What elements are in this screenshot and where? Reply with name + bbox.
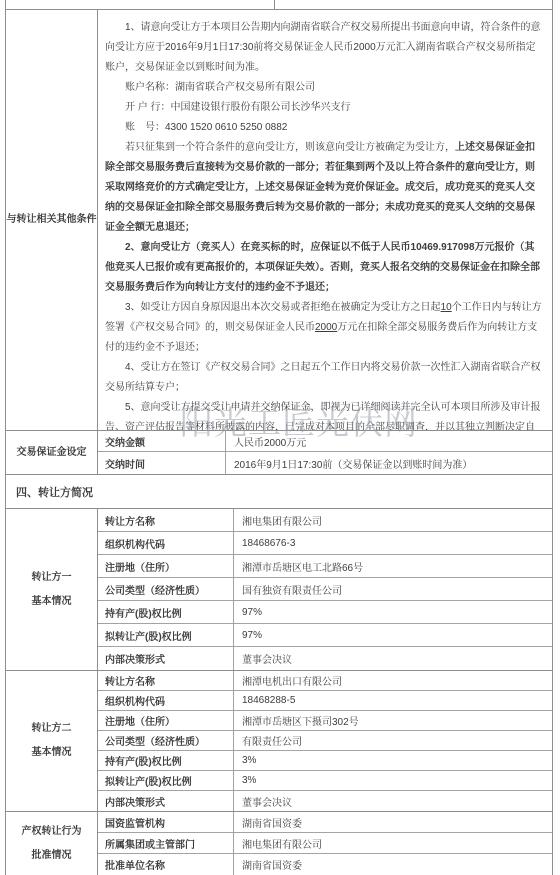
field-value: 97% — [234, 601, 552, 623]
seller1-rows: 转让方名称湘电集团有限公司组织机构代码18468676-3注册地（住所）湘潭市岳… — [98, 509, 552, 670]
field-value: 董事会决议 — [234, 647, 552, 670]
page: 阳光工匠光伏网 与转让相关其他条件 1、请意向受让方于本项目公告期内向湖南省联合… — [0, 0, 560, 875]
seller2-rows: 转让方名称湘潭电机出口有限公司组织机构代码18468288-5注册地（住所）湘潭… — [98, 671, 552, 811]
row-header-seller1: 转让方一基本情况 — [6, 509, 98, 670]
field-label: 持有产(股)权比例 — [98, 601, 234, 623]
deposit-rows: 交纳金额人民币2000万元交纳时间2016年9月1日17:30前（交易保证金以到… — [98, 431, 552, 474]
clause-run: 4、受让方在签订《产权交易合同》之日起五个工作日内将交易价款一次性汇入湖南省联合… — [105, 362, 541, 393]
clause-run: 5、意向受让方提交受让申请并交纳保证金，即视为已详细阅读并完全认可本项目所涉及审… — [105, 402, 541, 431]
field-value: 2016年9月1日17:30前（交易保证金以到账时间为准） — [226, 452, 552, 474]
field-row: 持有产(股)权比例97% — [98, 601, 552, 624]
clause: 1、请意向受让方于本项目公告期内向湖南省联合产权交易所提出书面意向申请，符合条件… — [105, 18, 542, 78]
clause: 账 号：4300 1520 0610 5250 0882 — [105, 118, 542, 138]
field-row: 公司类型（经济性质）有限责任公司 — [98, 731, 552, 751]
field-row: 组织机构代码18468676-3 — [98, 532, 552, 555]
other-conditions-row: 与转让相关其他条件 1、请意向受让方于本项目公告期内向湖南省联合产权交易所提出书… — [6, 10, 552, 431]
field-row: 内部决策形式董事会决议 — [98, 791, 552, 811]
field-row: 持有产(股)权比例3% — [98, 751, 552, 771]
row-header-line: 转让方一 — [32, 566, 72, 590]
clause-run: 上述交易保证金扣除全部交易服务费后直接转为交易价款的一部分；若征集到两个及以上符… — [105, 142, 535, 233]
row-header-deposit: 交易保证金设定 — [6, 431, 98, 474]
field-value: 3% — [234, 751, 552, 770]
other-conditions-content: 1、请意向受让方于本项目公告期内向湖南省联合产权交易所提出书面意向申请，符合条件… — [98, 10, 552, 430]
clause-run: 10 — [441, 302, 452, 313]
clause: 2、意向受让方（竞买人）在竞买标的时，应保证以不低于人民币10469.91709… — [105, 238, 542, 298]
field-label: 公司类型（经济性质） — [98, 731, 234, 750]
field-row: 国资监管机构湖南省国资委 — [98, 812, 552, 833]
field-label: 批准单位名称 — [98, 854, 234, 875]
approval-rows: 国资监管机构湖南省国资委所属集团或主管部门湘电集团有限公司批准单位名称湖南省国资… — [98, 812, 552, 875]
clause: 开 户 行：中国建设银行股份有限公司长沙华兴支行 — [105, 98, 542, 118]
row-header-line: 产权转让行为 — [22, 820, 82, 844]
row-header-line: 基本情况 — [32, 590, 72, 614]
field-label: 国资监管机构 — [98, 812, 234, 832]
announcement-table: 与转让相关其他条件 1、请意向受让方于本项目公告期内向湖南省联合产权交易所提出书… — [5, 0, 553, 875]
field-value: 湖南省国资委 — [234, 854, 552, 875]
field-value: 湘潭市岳塘区下摄司302号 — [234, 711, 552, 730]
field-label: 内部决策形式 — [98, 647, 234, 670]
field-label: 注册地（住所） — [98, 555, 234, 577]
field-label: 内部决策形式 — [98, 791, 234, 811]
clause-run: 若只征集到一个符合条件的意向受让方，则该意向受让方被确定为受让方， — [125, 142, 455, 153]
clause-run: 3、如受让方因自身原因退出本次交易或者拒绝在被确定为受让方之日起 — [125, 302, 441, 313]
row-header-other-conditions: 与转让相关其他条件 — [6, 10, 98, 430]
field-value: 18468676-3 — [234, 532, 552, 554]
partial-row-top — [6, 0, 552, 10]
field-label: 组织机构代码 — [98, 691, 234, 710]
field-value: 湘潭电机出口有限公司 — [234, 671, 552, 690]
field-row: 公司类型（经济性质）国有独资有限责任公司 — [98, 578, 552, 601]
clause-run: 账户名称：湖南省联合产权交易所有限公司 — [125, 82, 315, 93]
field-row: 注册地（住所）湘潭市岳塘区下摄司302号 — [98, 711, 552, 731]
section-title: 四、转让方简况 — [16, 484, 93, 500]
field-label: 组织机构代码 — [98, 532, 234, 554]
clause: 4、受让方在签订《产权交易合同》之日起五个工作日内将交易价款一次性汇入湖南省联合… — [105, 358, 542, 398]
field-value: 18468288-5 — [234, 691, 552, 710]
field-label: 交纳金额 — [98, 431, 226, 451]
field-label: 注册地（住所） — [98, 711, 234, 730]
field-value: 人民币2000万元 — [226, 431, 552, 451]
field-row: 交纳时间2016年9月1日17:30前（交易保证金以到账时间为准） — [98, 452, 552, 474]
field-label: 拟转让产(股)权比例 — [98, 624, 234, 646]
clause: 5、意向受让方提交受让申请并交纳保证金，即视为已详细阅读并完全认可本项目所涉及审… — [105, 398, 542, 431]
field-label: 交纳时间 — [98, 452, 226, 474]
partial-row-divider — [274, 0, 275, 9]
field-value: 湘电集团有限公司 — [234, 509, 552, 531]
field-row: 内部决策形式董事会决议 — [98, 647, 552, 670]
clause-run: 2、意向受让方（竞买人）在竞买标的时，应保证以不低于人民币10469.91709… — [105, 242, 540, 293]
row-header-seller2: 转让方二基本情况 — [6, 671, 98, 811]
field-value: 湖南省国资委 — [234, 812, 552, 832]
clause-run: 开 户 行：中国建设银行股份有限公司长沙华兴支行 — [125, 102, 351, 113]
field-label: 持有产(股)权比例 — [98, 751, 234, 770]
field-row: 所属集团或主管部门湘电集团有限公司 — [98, 833, 552, 854]
field-row: 转让方名称湘电集团有限公司 — [98, 509, 552, 532]
clause-run: 账 号：4300 1520 0610 5250 0882 — [125, 122, 287, 133]
field-row: 交纳金额人民币2000万元 — [98, 431, 552, 452]
field-label: 所属集团或主管部门 — [98, 833, 234, 853]
field-value: 湘潭市岳塘区电工北路66号 — [234, 555, 552, 577]
seller1-section: 转让方一基本情况 转让方名称湘电集团有限公司组织机构代码18468676-3注册… — [6, 509, 552, 671]
field-value: 97% — [234, 624, 552, 646]
field-row: 转让方名称湘潭电机出口有限公司 — [98, 671, 552, 691]
field-label: 拟转让产(股)权比例 — [98, 771, 234, 790]
field-value: 3% — [234, 771, 552, 790]
field-row: 批准单位名称湖南省国资委 — [98, 854, 552, 875]
field-row: 拟转让产(股)权比例97% — [98, 624, 552, 647]
field-row: 注册地（住所）湘潭市岳塘区电工北路66号 — [98, 555, 552, 578]
field-label: 转让方名称 — [98, 509, 234, 531]
field-value: 董事会决议 — [234, 791, 552, 811]
section-title-row: 四、转让方简况 — [6, 475, 552, 509]
clause: 若只征集到一个符合条件的意向受让方，则该意向受让方被确定为受让方，上述交易保证金… — [105, 138, 542, 238]
field-row: 拟转让产(股)权比例3% — [98, 771, 552, 791]
clause-run: 1、请意向受让方于本项目公告期内向湖南省联合产权交易所提出书面意向申请，符合条件… — [105, 22, 541, 73]
row-header-line: 批准情况 — [32, 844, 72, 868]
field-value: 有限责任公司 — [234, 731, 552, 750]
clause: 账户名称：湖南省联合产权交易所有限公司 — [105, 78, 542, 98]
row-header-approval: 产权转让行为批准情况 — [6, 812, 98, 875]
approval-section: 产权转让行为批准情况 国资监管机构湖南省国资委所属集团或主管部门湘电集团有限公司… — [6, 812, 552, 875]
deposit-section: 交易保证金设定 交纳金额人民币2000万元交纳时间2016年9月1日17:30前… — [6, 431, 552, 475]
row-header-line: 基本情况 — [32, 741, 72, 765]
field-label: 公司类型（经济性质） — [98, 578, 234, 600]
seller2-section: 转让方二基本情况 转让方名称湘潭电机出口有限公司组织机构代码18468288-5… — [6, 671, 552, 812]
field-value: 湘电集团有限公司 — [234, 833, 552, 853]
field-row: 组织机构代码18468288-5 — [98, 691, 552, 711]
clause: 3、如受让方因自身原因退出本次交易或者拒绝在被确定为受让方之日起10个工作日内与… — [105, 298, 542, 358]
clause-run: 2000 — [315, 322, 337, 333]
row-header-line: 转让方二 — [32, 717, 72, 741]
field-value: 国有独资有限责任公司 — [234, 578, 552, 600]
field-label: 转让方名称 — [98, 671, 234, 690]
